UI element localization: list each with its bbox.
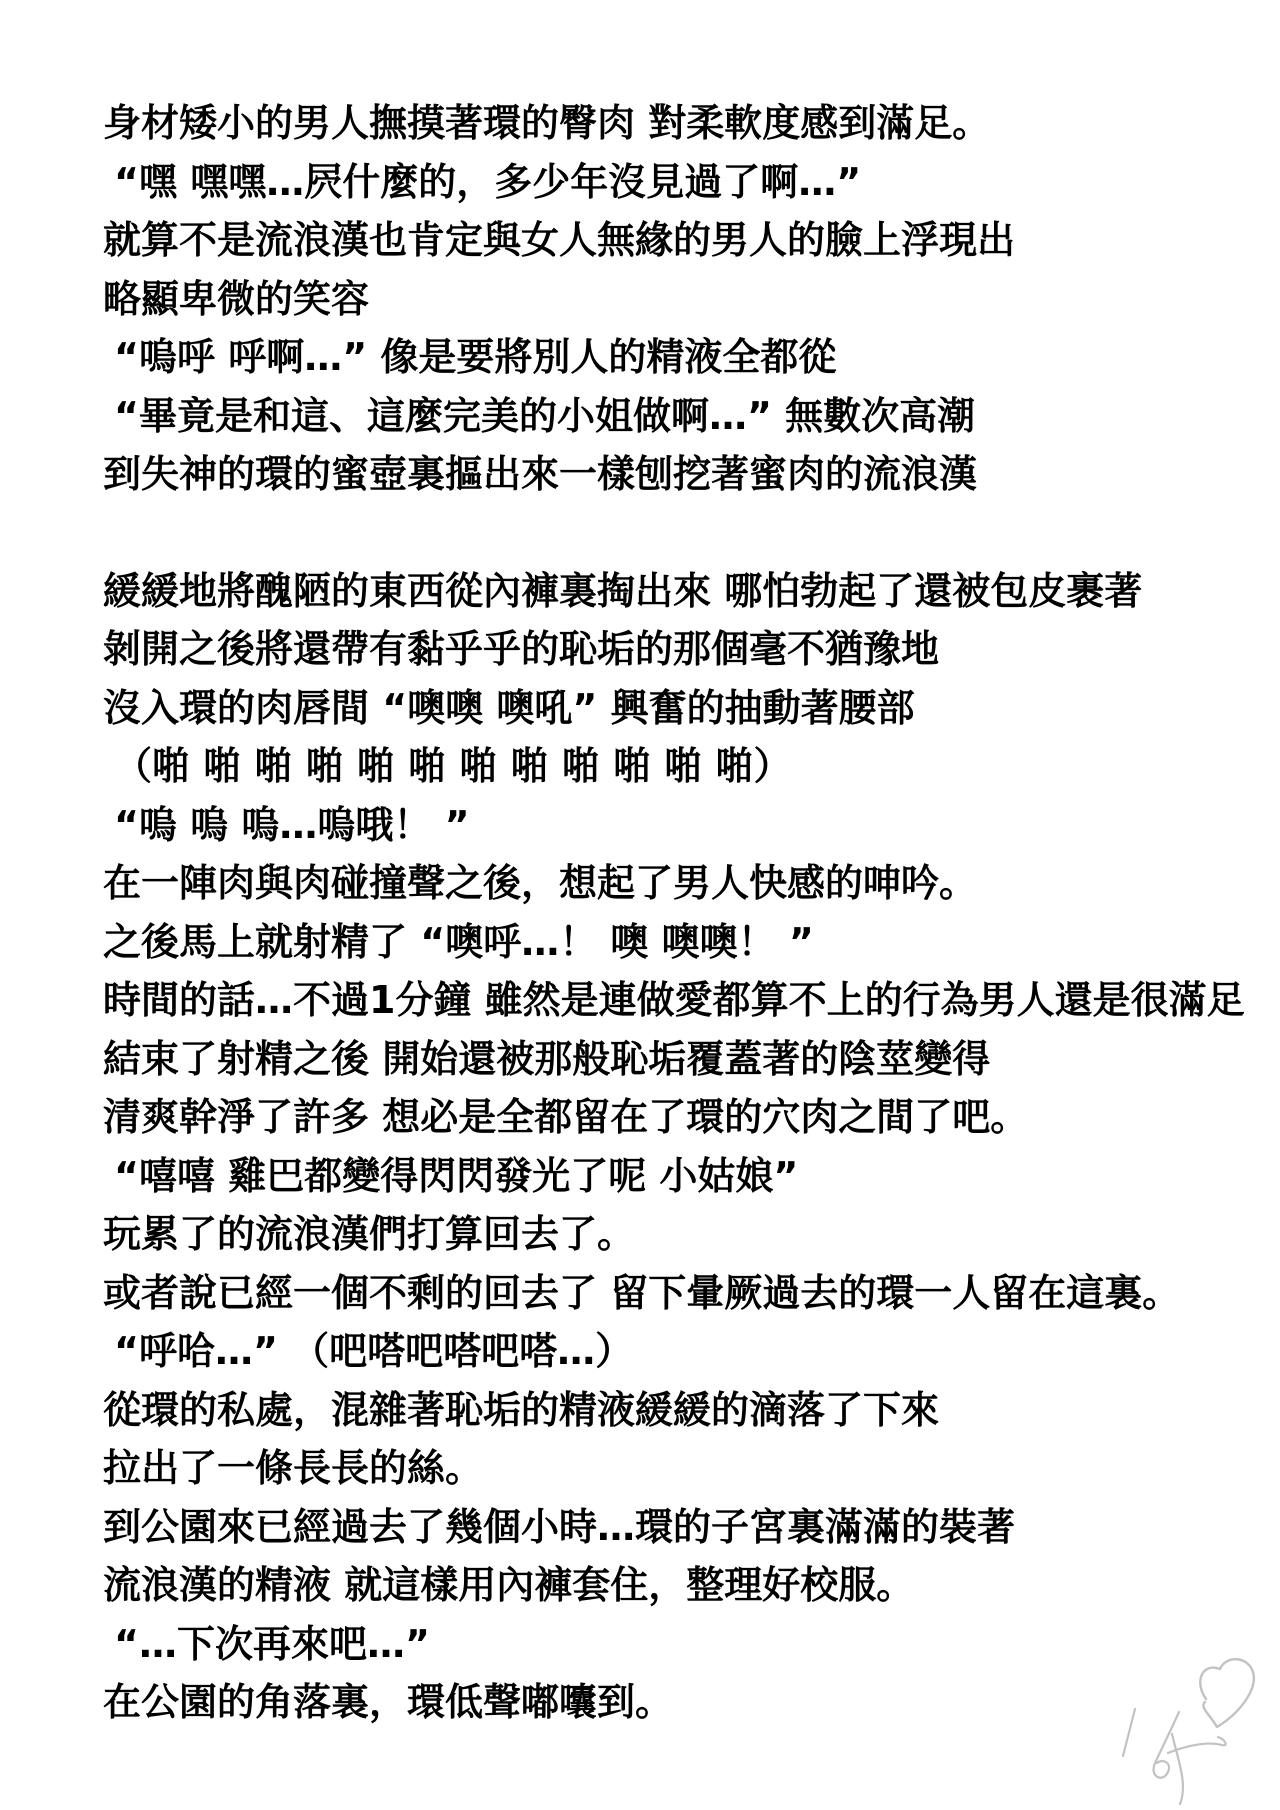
text-line: “嘿 嘿嘿…屄什麼的，多少年沒見過了啊…” [103,153,1250,212]
initials-scribble [1172,1734,1183,1804]
text-line: 之後馬上就射精了 “噢呼…！ 噢 噢噢！ ” [103,913,1250,972]
text-line: 在一陣肉與肉碰撞聲之後，想起了男人快感的呻吟。 [103,854,1250,913]
paragraph: 緩緩地將醜陋的東西從內褲裏掏出來 哪怕勃起了還被包皮裹著剝開之後將還帶有黏乎乎的… [103,562,1250,1732]
text-line: 就算不是流浪漢也肯定與女人無緣的男人的臉上浮現出 [103,211,1250,270]
text-line: “呼哈…” （吧嗒吧嗒吧嗒…） [103,1322,1250,1381]
text-line: “嗚呼 呼啊…” 像是要將別人的精液全都從 [103,328,1250,387]
text-line: 時間的話…不過1分鐘 雖然是連做愛都算不上的行為男人還是很滿足 [103,971,1250,1030]
initials-scribble [1168,1737,1226,1753]
text-line: 緩緩地將醜陋的東西從內褲裏掏出來 哪怕勃起了還被包皮裹著 [103,562,1250,621]
text-line: （啪 啪 啪 啪 啪 啪 啪 啪 啪 啪 啪 啪） [103,737,1250,796]
text-line: “畢竟是和這、這麼完美的小姐做啊…” 無數次高潮 [103,387,1250,446]
text-line: “…下次再來吧…” [103,1615,1250,1674]
text-line: 玩累了的流浪漢們打算回去了。 [103,1205,1250,1264]
text-line: 到公園來已經過去了幾個小時…環的子宮裏滿滿的裝著 [103,1498,1250,1557]
text-line: 身材矮小的男人撫摸著環的臀肉 對柔軟度感到滿足。 [103,94,1250,153]
paragraph-container: 身材矮小的男人撫摸著環的臀肉 對柔軟度感到滿足。“嘿 嘿嘿…屄什麼的，多少年沒見… [0,0,1280,1732]
text-line: 拉出了一條長長的絲。 [103,1439,1250,1498]
text-line: “嘻嘻 雞巴都變得閃閃發光了呢 小姑娘” [103,1147,1250,1206]
text-line: 清爽幹淨了許多 想必是全都留在了環的穴肉之間了吧。 [103,1088,1250,1147]
text-line: “嗚 嗚 嗚…嗚哦！ ” [103,796,1250,855]
text-line: 略顯卑微的笑容 [103,270,1250,329]
signature-doodle [1108,1652,1270,1808]
paragraph: 身材矮小的男人撫摸著環的臀肉 對柔軟度感到滿足。“嘿 嘿嘿…屄什麼的，多少年沒見… [103,94,1250,504]
text-line: 沒入環的肉唇間 “噢噢 噢吼” 興奮的抽動著腰部 [103,679,1250,738]
text-line: 在公園的角落裏，環低聲嘟囔到。 [103,1673,1250,1732]
initials-scribble [1123,1709,1135,1756]
text-line: 剝開之後將還帶有黏乎乎的恥垢的那個毫不猶豫地 [103,620,1250,679]
text-page: 身材矮小的男人撫摸著環的臀肉 對柔軟度感到滿足。“嘿 嘿嘿…屄什麼的，多少年沒見… [0,0,1280,1810]
text-line: 結束了射精之後 開始還被那般恥垢覆蓋著的陰莖變得 [103,1030,1250,1089]
heart-icon [1200,1659,1254,1727]
text-line: 從環的私處，混雜著恥垢的精液緩緩的滴落了下來 [103,1381,1250,1440]
text-line: 流浪漢的精液 就這樣用內褲套住，整理好校服。 [103,1556,1250,1615]
text-line: 或者說已經一個不剩的回去了 留下暈厥過去的環一人留在這裏。 [103,1264,1250,1323]
text-line: 到失神的環的蜜壺裏摳出來一樣刨挖著蜜肉的流浪漢 [103,445,1250,504]
